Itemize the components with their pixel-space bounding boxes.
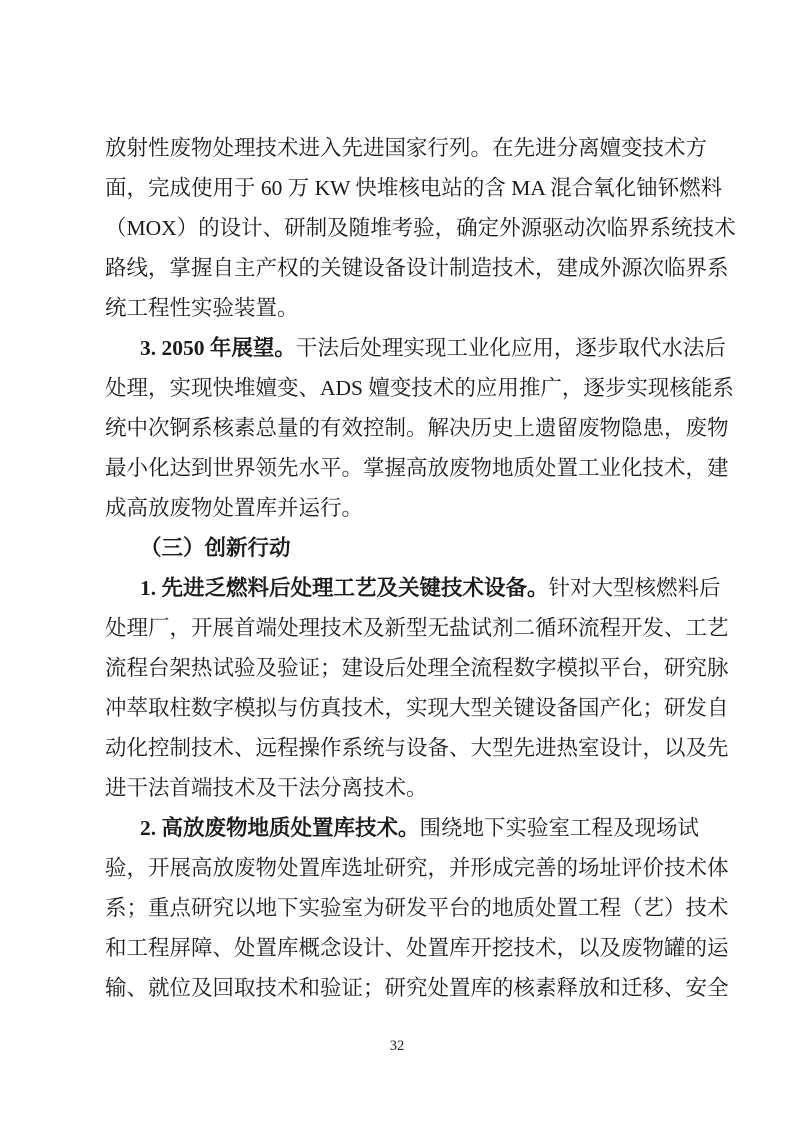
text-line: 输、就位及回取技术和验证；研究处置库的核素释放和迁移、安全: [105, 968, 694, 1008]
text-run: （MOX）的设计、研制及随堆考验，确定外源驱动次临界系统技术: [105, 216, 736, 240]
text-line: 路线，掌握自主产权的关键设备设计制造技术，建成外源次临界系: [105, 248, 694, 288]
text-line: 最小化达到世界领先水平。掌握高放废物地质处置工业化技术，建: [105, 448, 694, 488]
text-line: 处理，实现快堆嬗变、ADS 嬗变技术的应用推广，逐步实现核能系: [105, 368, 694, 408]
text-run: 最小化达到世界领先水平。掌握高放废物地质处置工业化技术，建: [105, 456, 729, 480]
document-body: 放射性废物处理技术进入先进国家行列。在先进分离嬗变技术方面，完成使用于 60 万…: [105, 128, 694, 1008]
text-run: 统中次锕系核素总量的有效控制。解决历史上遗留废物隐患，废物: [105, 416, 729, 440]
text-run: 针对大型核燃料后: [549, 576, 721, 600]
text-line: 统中次锕系核素总量的有效控制。解决历史上遗留废物隐患，废物: [105, 408, 694, 448]
text-run: 处理，实现快堆嬗变、ADS 嬗变技术的应用推广，逐步实现核能系: [105, 376, 734, 400]
text-run: 干法后处理实现工业化应用，逐步取代水法后: [296, 336, 726, 360]
text-line: 面，完成使用于 60 万 KW 快堆核电站的含 MA 混合氧化铀钚燃料: [105, 168, 694, 208]
text-line: （三）创新行动: [105, 528, 694, 568]
text-line: 流程台架热试验及验证；建设后处理全流程数字模拟平台，研究脉: [105, 648, 694, 688]
text-line: 验，开展高放废物处置库选址研究，并形成完善的场址评价技术体: [105, 848, 694, 888]
text-run: 输、就位及回取技术和验证；研究处置库的核素释放和迁移、安全: [105, 976, 729, 1000]
text-run: 冲萃取柱数字模拟与仿真技术，实现大型关键设备国产化；研发自: [105, 696, 729, 720]
text-line: 3. 2050 年展望。干法后处理实现工业化应用，逐步取代水法后: [105, 328, 694, 368]
heading-run: 1. 先进乏燃料后处理工艺及关键技术设备。: [140, 576, 549, 600]
document-page: 放射性废物处理技术进入先进国家行列。在先进分离嬗变技术方面，完成使用于 60 万…: [0, 0, 794, 1123]
text-run: 和工程屏障、处置库概念设计、处置库开挖技术，以及废物罐的运: [105, 936, 729, 960]
text-line: 2. 高放废物地质处置库技术。围绕地下实验室工程及现场试: [105, 808, 694, 848]
text-run: 处理厂，开展首端处理技术及新型无盐试剂二循环流程开发、工艺: [105, 616, 729, 640]
text-line: 和工程屏障、处置库概念设计、处置库开挖技术，以及废物罐的运: [105, 928, 694, 968]
text-line: 成高放废物处置库并运行。: [105, 488, 694, 528]
text-run: 成高放废物处置库并运行。: [105, 496, 363, 520]
text-run: 放射性废物处理技术进入先进国家行列。在先进分离嬗变技术方: [105, 136, 707, 160]
text-line: （MOX）的设计、研制及随堆考验，确定外源驱动次临界系统技术: [105, 208, 694, 248]
text-run: 进干法首端技术及干法分离技术。: [105, 776, 428, 800]
text-run: 流程台架热试验及验证；建设后处理全流程数字模拟平台，研究脉: [105, 656, 729, 680]
text-run: 路线，掌握自主产权的关键设备设计制造技术，建成外源次临界系: [105, 256, 729, 280]
heading-run: （三）创新行动: [140, 536, 291, 560]
text-run: 统工程性实验装置。: [105, 296, 299, 320]
text-line: 放射性废物处理技术进入先进国家行列。在先进分离嬗变技术方: [105, 128, 694, 168]
text-line: 动化控制技术、远程操作系统与设备、大型先进热室设计，以及先: [105, 728, 694, 768]
text-line: 统工程性实验装置。: [105, 288, 694, 328]
text-run: 验，开展高放废物处置库选址研究，并形成完善的场址评价技术体: [105, 856, 729, 880]
text-run: 动化控制技术、远程操作系统与设备、大型先进热室设计，以及先: [105, 736, 729, 760]
text-run: 系；重点研究以地下实验室为研发平台的地质处置工程（艺）技术: [105, 896, 729, 920]
page-number: 32: [0, 1036, 794, 1056]
text-line: 处理厂，开展首端处理技术及新型无盐试剂二循环流程开发、工艺: [105, 608, 694, 648]
text-line: 冲萃取柱数字模拟与仿真技术，实现大型关键设备国产化；研发自: [105, 688, 694, 728]
text-line: 进干法首端技术及干法分离技术。: [105, 768, 694, 808]
text-line: 系；重点研究以地下实验室为研发平台的地质处置工程（艺）技术: [105, 888, 694, 928]
heading-run: 2. 高放废物地质处置库技术。: [140, 816, 420, 840]
text-line: 1. 先进乏燃料后处理工艺及关键技术设备。针对大型核燃料后: [105, 568, 694, 608]
text-run: 面，完成使用于 60 万 KW 快堆核电站的含 MA 混合氧化铀钚燃料: [105, 176, 722, 200]
heading-run: 3. 2050 年展望。: [140, 336, 296, 360]
text-run: 围绕地下实验室工程及现场试: [420, 816, 700, 840]
